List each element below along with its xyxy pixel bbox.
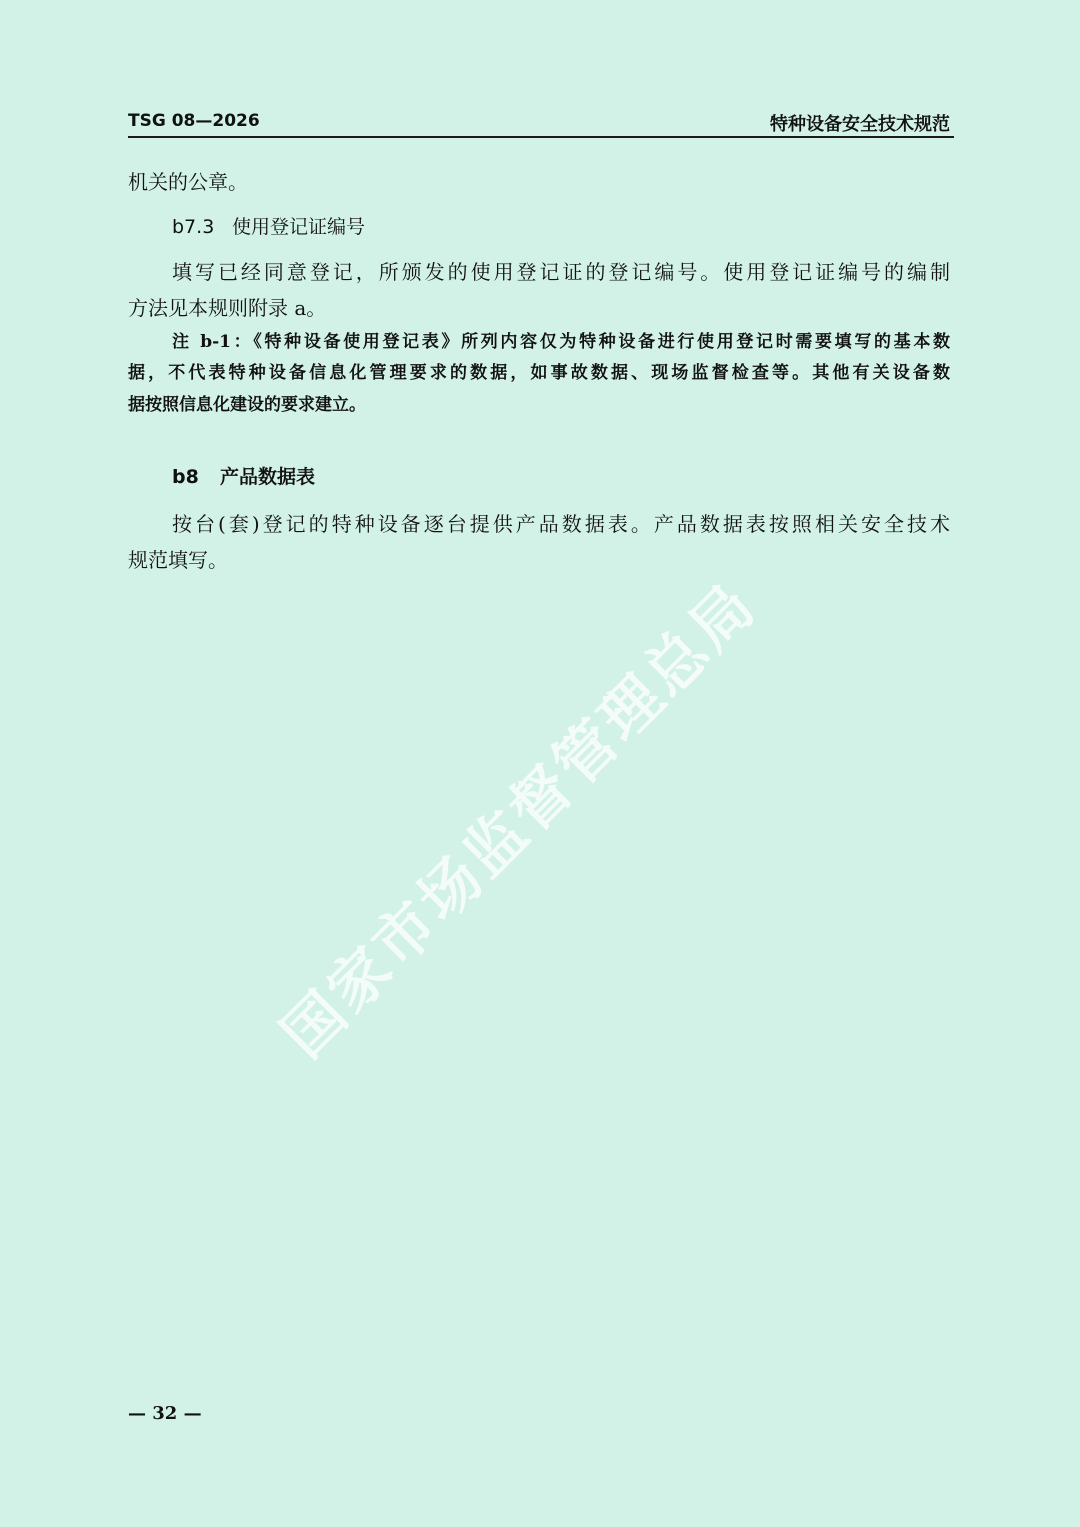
section-title: 产品数据表 [220, 466, 315, 488]
section-heading-b7-3: b7.3使用登记证编号 [172, 212, 365, 239]
note-line: 注 b-1：《特种设备使用登记表》所列内容仅为特种设备进行使用登记时需要填写的基… [172, 327, 950, 352]
note-line: 据，不代表特种设备信息化管理要求的数据，如事故数据、现场监督检查等。其他有关设备… [128, 358, 950, 383]
paragraph-line: 方法见本规则附录 a。 [128, 292, 326, 321]
section-heading-b8: b8产品数据表 [172, 462, 315, 489]
continuation-text: 机关的公章。 [128, 166, 248, 195]
page-header: TSG 08—2026 特种设备安全技术规范 [128, 108, 954, 138]
section-number: b8 [172, 466, 220, 488]
paragraph-line: 按台(套)登记的特种设备逐台提供产品数据表。产品数据表按照相关安全技术 [172, 508, 950, 537]
watermark: 国家市场监督管理总局 [260, 560, 773, 1073]
paragraph-line: 规范填写。 [128, 544, 228, 573]
section-title: 使用登记证编号 [232, 216, 365, 238]
note-line: 据按照信息化建设的要求建立。 [128, 390, 366, 415]
section-number: b7.3 [172, 216, 232, 238]
series-title: 特种设备安全技术规范 [770, 110, 950, 136]
standard-code: TSG 08—2026 [128, 111, 260, 131]
page-number: — 32 — [128, 1403, 202, 1424]
paragraph-line: 填写已经同意登记，所颁发的使用登记证的登记编号。使用登记证编号的编制 [172, 256, 950, 285]
